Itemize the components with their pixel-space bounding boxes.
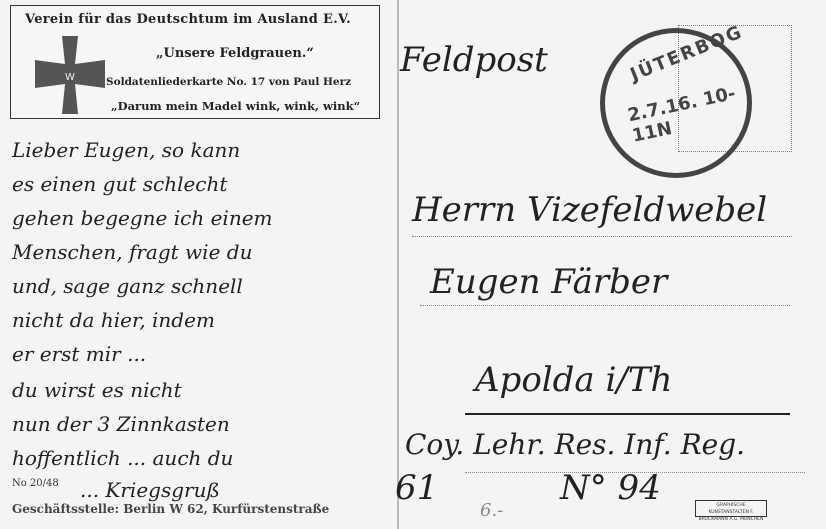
addressee-name: Eugen Färber — [430, 262, 667, 302]
message-line: nun der 3 Zinnkasten — [12, 412, 230, 436]
address-regiment-number: 61 — [395, 468, 438, 508]
address-line-3-underline — [465, 413, 790, 415]
card-subtitle: Soldatenliederkarte No. 17 von Paul Herz — [106, 76, 351, 88]
postmark-date: 2.7.16. 10-11N — [626, 81, 750, 147]
address-town: Apolda i/Th — [475, 360, 672, 400]
addressee-title: Herrn Vizefeldwebel — [412, 190, 767, 230]
message-line: gehen begegne ich einem — [12, 206, 273, 230]
postcard: W Verein für das Deutschtum im Ausland E… — [0, 0, 826, 529]
series-title: „Unsere Feldgrauen.“ — [156, 46, 314, 61]
message-line: du wirst es nicht — [12, 378, 182, 402]
publisher-address: Geschäftsstelle: Berlin W 62, Kurfürsten… — [12, 502, 329, 516]
address-line-2-rule — [420, 305, 790, 306]
message-line: Menschen, fragt wie du — [12, 240, 252, 264]
pencil-price-note: 6.- — [480, 500, 503, 521]
postmark: JÜTERBOG 2.7.16. 10-11N — [600, 28, 752, 178]
address-line-1-rule — [412, 236, 792, 237]
society-name: Verein für das Deutschtum im Ausland E.V… — [25, 12, 351, 27]
printer-mark: GRAPHISCHE KUNSTANSTALTEN F. BRUCKMANN A… — [695, 500, 767, 517]
address-company-number: N° 94 — [560, 468, 661, 508]
center-divider — [397, 0, 399, 529]
address-unit: Coy. Lehr. Res. Inf. Reg. — [405, 428, 745, 461]
postmark-town: JÜTERBOG — [627, 21, 746, 85]
message-line: Lieber Eugen, so kann — [12, 138, 240, 162]
iron-cross-icon: W — [35, 36, 105, 114]
message-line: es einen gut schlecht — [12, 172, 227, 196]
message-line: und, sage ganz schnell — [12, 274, 243, 298]
feldpost-heading: Feldpost — [400, 40, 548, 80]
svg-text:W: W — [65, 72, 75, 83]
printed-header-box: W Verein für das Deutschtum im Ausland E… — [10, 5, 380, 119]
message-line: nicht da hier, indem — [12, 308, 215, 332]
message-line: ... Kriegsgruß — [80, 478, 220, 502]
song-title: „Darum mein Madel wink, wink, wink“ — [111, 99, 360, 113]
message-line: er erst mir ... — [12, 342, 146, 366]
card-number: No 20/48 — [12, 478, 59, 489]
message-line: hoffentlich ... auch du — [12, 446, 233, 470]
